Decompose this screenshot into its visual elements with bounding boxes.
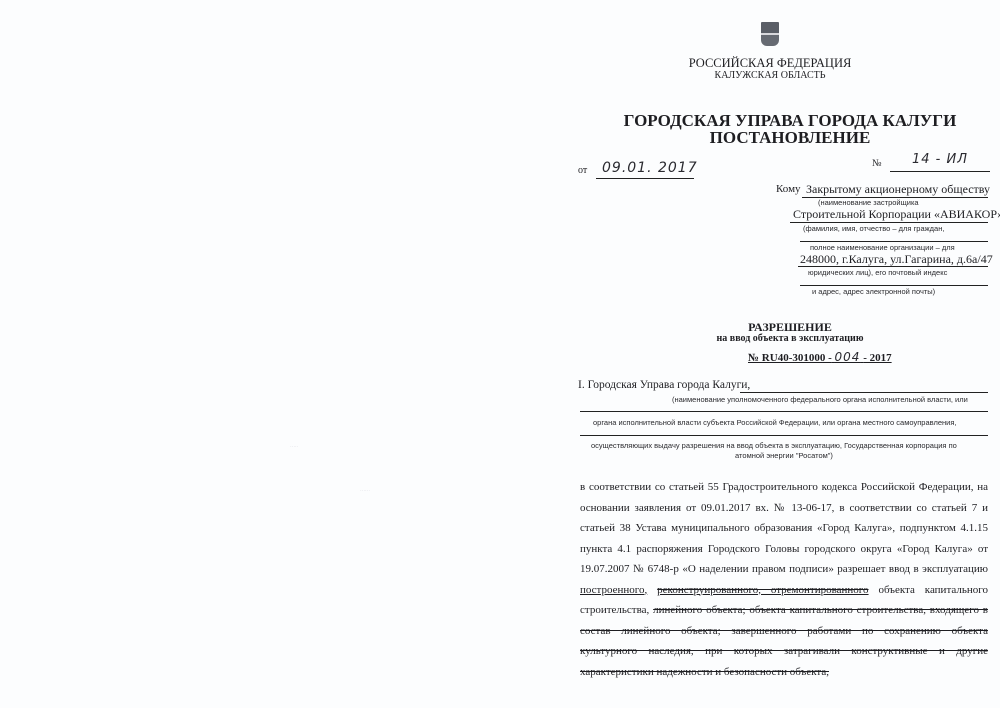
coat-of-arms-icon [761, 22, 779, 46]
permit-number: № RU40-301000 - 004 - 2017 [748, 350, 892, 364]
field-line [740, 392, 988, 393]
field-line [800, 241, 988, 242]
bleed-through-mark: ······ [360, 488, 370, 494]
recipient-line-1: Закрытому акционерному обществу [806, 182, 990, 197]
body-main-text: в соответствии со статьей 55 Градостроит… [580, 481, 988, 575]
permit-number-suffix: - 2017 [863, 352, 891, 364]
recipient-caption-2: (фамилия, имя, отчество – для граждан, [803, 224, 944, 233]
authority-caption-3: осуществляющих выдачу разрешения на ввод… [591, 441, 957, 450]
bleed-through-mark: ····· [290, 444, 298, 450]
authority-caption-2: органа исполнительной власти субъекта Ро… [593, 418, 956, 427]
date-value: 09.01. 2017 [602, 160, 698, 176]
recipient-caption-4: юридических лиц), его почтовый индекс [808, 268, 947, 277]
body-underlined-text: построенного, [580, 584, 647, 596]
number-label: № [872, 158, 882, 169]
permit-number-handwritten: 004 [835, 350, 861, 364]
authority-caption-4: атомной энергии "Росатом") [580, 451, 988, 460]
number-value: 14 - ИЛ [912, 152, 968, 167]
body-struck-text-1: реконструированного, отремонтированного [657, 584, 868, 596]
authority-caption-1: (наименование уполномоченного федерально… [672, 395, 968, 404]
field-line [580, 411, 988, 412]
region-name: КАЛУЖСКАЯ ОБЛАСТЬ [655, 70, 885, 81]
number-line [890, 171, 990, 172]
date-label: от [578, 165, 587, 176]
document-type: ПОСТАНОВЛЕНИЕ [580, 128, 1000, 148]
recipient-address: 248000, г.Калуга, ул.Гагарина, д.6а/47 [800, 252, 993, 267]
issuing-authority: I. Городская Управа города Калуги, [578, 379, 750, 391]
recipient-caption-1: (наименование застройщика [818, 198, 919, 207]
field-line [800, 285, 988, 286]
date-line [596, 178, 694, 179]
permit-subtitle: на ввод объекта в эксплуатацию [580, 333, 1000, 344]
field-line [790, 222, 988, 223]
permit-body-text: в соответствии со статьей 55 Градостроит… [580, 477, 988, 682]
recipient-caption-3: полное наименование организации – для [810, 243, 955, 252]
field-line [798, 266, 988, 267]
field-line [580, 435, 988, 436]
scanned-document-page: ····· ······ РОССИЙСКАЯ ФЕДЕРАЦИЯ КАЛУЖС… [0, 0, 1000, 708]
permit-number-prefix: № RU40-301000 - [748, 352, 832, 364]
recipient-label: Кому [776, 183, 801, 195]
country-name: РОССИЙСКАЯ ФЕДЕРАЦИЯ [655, 56, 885, 71]
recipient-line-2: Строительной Корпорации «АВИАКОР» [793, 207, 1000, 222]
recipient-caption-5: и адрес, адрес электронной почты) [812, 287, 935, 296]
